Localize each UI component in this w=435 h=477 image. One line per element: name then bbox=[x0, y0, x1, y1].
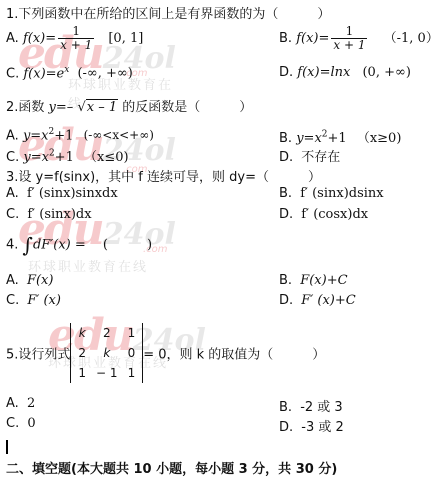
option-interval: [0, 1] bbox=[108, 31, 143, 46]
option-label: A. bbox=[6, 128, 19, 143]
option-text: -2 或 3 bbox=[300, 400, 343, 415]
option-func: f(x)= bbox=[23, 31, 56, 46]
option-text: f′ (sinx)dsinx bbox=[300, 186, 383, 201]
option-label: C. bbox=[6, 207, 19, 222]
option-label: D. bbox=[279, 207, 293, 222]
stem-text: = 0，则 k 的取值为（ ） bbox=[143, 348, 325, 363]
option-expr: y=x bbox=[296, 131, 322, 146]
option-label: C. bbox=[6, 293, 19, 308]
option-label: A. bbox=[6, 396, 19, 411]
option-sup: x bbox=[64, 65, 69, 75]
question-4-stem: 4. ∫dF′(x) = ( ) bbox=[6, 233, 152, 257]
option-func: f(x)= bbox=[296, 31, 329, 46]
sqrt-radicand: x – 1 bbox=[86, 99, 118, 115]
option-cond: (-∞<x<+∞) bbox=[84, 128, 154, 142]
option-label: C. bbox=[6, 416, 19, 431]
fraction: 1x + 1 bbox=[331, 25, 367, 52]
matrix-cell: − 1 bbox=[91, 363, 123, 383]
matrix-cell: 1 bbox=[73, 363, 91, 383]
option-label: B. bbox=[279, 400, 292, 415]
option-expr: y=x bbox=[23, 150, 49, 165]
determinant: k21 2k0 1− 11 bbox=[70, 323, 143, 383]
option-text: 0 bbox=[27, 416, 35, 431]
q5-option-a[interactable]: A. 2 bbox=[6, 396, 35, 411]
numerator: 1 bbox=[72, 25, 80, 38]
matrix-cell: 0 bbox=[123, 343, 141, 363]
option-label: B. bbox=[279, 186, 292, 201]
q4-option-d[interactable]: D. F′ (x)+C bbox=[279, 293, 356, 308]
stem-var: y bbox=[49, 100, 56, 115]
q1-option-a[interactable]: A. f(x)=1x + 1 [0, 1] bbox=[6, 25, 143, 52]
option-text: F(x) bbox=[27, 273, 54, 288]
option-label: D. bbox=[279, 293, 293, 308]
q2-option-a[interactable]: A. y=x2+1 (-∞<x<+∞) bbox=[6, 127, 154, 143]
matrix-cell: 2 bbox=[91, 323, 123, 343]
q1-option-b[interactable]: B. f(x)=1x + 1 （-1, 0） bbox=[279, 25, 435, 52]
option-text: F′ (x)+C bbox=[301, 293, 355, 308]
matrix-cell: 2 bbox=[73, 343, 91, 363]
option-cond: （x≥0) bbox=[357, 131, 402, 146]
question-3-stem: 3.设 y=f(sinx)，其中 f 连续可导，则 dy=（ ） bbox=[6, 166, 321, 185]
option-expr-rest: +1 bbox=[55, 150, 74, 165]
fraction: 1x + 1 bbox=[58, 25, 94, 52]
option-expr-rest: +1 bbox=[328, 131, 347, 146]
option-text: -3 或 2 bbox=[301, 420, 344, 435]
stem-text: ( ) bbox=[86, 238, 152, 253]
q3-option-b[interactable]: B. f′ (sinx)dsinx bbox=[279, 186, 384, 201]
q5-option-c[interactable]: C. 0 bbox=[6, 416, 36, 431]
stem-text: 2.函数 bbox=[6, 100, 49, 115]
q5-option-b[interactable]: B. -2 或 3 bbox=[279, 396, 343, 415]
stem-text: 的反函数是（ ） bbox=[118, 100, 252, 115]
question-5-stem: 5.设行列式 k21 2k0 1− 11 = 0，则 k 的取值为（ ） bbox=[6, 323, 325, 383]
option-label: B. bbox=[279, 273, 292, 288]
option-text: f′ (sinx)sinxdx bbox=[27, 186, 118, 201]
q4-option-b[interactable]: B. F(x)+C bbox=[279, 273, 348, 288]
q2-option-d[interactable]: D. 不存在 bbox=[279, 146, 340, 165]
option-text: 2 bbox=[27, 396, 35, 411]
determinant-matrix: k21 2k0 1− 11 bbox=[73, 323, 140, 383]
option-label: B. bbox=[279, 131, 292, 146]
option-func: f(x)=lnx bbox=[297, 65, 350, 80]
stem-number: 4. bbox=[6, 238, 23, 253]
option-label: A. bbox=[6, 31, 19, 46]
option-label: D. bbox=[279, 150, 293, 165]
matrix-cell: k bbox=[91, 343, 123, 363]
option-cond: （x≤0) bbox=[84, 150, 129, 165]
q4-option-c[interactable]: C. F′ (x) bbox=[6, 293, 61, 308]
q1-option-c[interactable]: C. f(x)=ex (-∞, +∞) bbox=[6, 65, 133, 81]
option-label: A. bbox=[6, 273, 19, 288]
option-interval: （-1, 0） bbox=[384, 31, 435, 46]
option-text: F′ (x) bbox=[27, 293, 61, 308]
text-cursor bbox=[6, 440, 8, 454]
stem-text: 5.设行列式 bbox=[6, 348, 70, 363]
q4-option-a[interactable]: A. F(x) bbox=[6, 273, 53, 288]
q2-option-c[interactable]: C. y=x2+1 （x≤0) bbox=[6, 146, 129, 165]
q3-option-c[interactable]: C. f′ (sinx)dx bbox=[6, 207, 92, 222]
option-text: F(x)+C bbox=[300, 273, 347, 288]
q3-option-a[interactable]: A. f′ (sinx)sinxdx bbox=[6, 186, 118, 201]
numerator: 1 bbox=[346, 25, 354, 38]
sqrt-sign: √ bbox=[77, 100, 85, 115]
option-label: D. bbox=[279, 65, 293, 80]
option-interval: (-∞, +∞) bbox=[77, 66, 132, 81]
matrix-cell: 1 bbox=[123, 323, 141, 343]
option-text: 不存在 bbox=[301, 150, 340, 165]
matrix-cell: 1 bbox=[123, 363, 141, 383]
q2-option-b[interactable]: B. y=x2+1 （x≥0) bbox=[279, 127, 401, 146]
question-2-stem: 2.函数 y=– √x – 1 的反函数是（ ） bbox=[6, 96, 252, 115]
section-title: 二、填空题(本大题共 10 小题，每小题 3 分，共 30 分) bbox=[6, 458, 337, 477]
option-label: C. bbox=[6, 66, 19, 81]
q5-option-d[interactable]: D. -3 或 2 bbox=[279, 416, 344, 435]
integral-sign: ∫ bbox=[23, 233, 33, 257]
denominator: x + 1 bbox=[331, 38, 367, 52]
stem-expr: dF′(x) = bbox=[33, 238, 86, 253]
option-label: B. bbox=[279, 31, 292, 46]
option-label: D. bbox=[279, 420, 293, 435]
q1-option-d[interactable]: D. f(x)=lnx (0, +∞) bbox=[279, 65, 411, 80]
option-label: C. bbox=[6, 150, 19, 165]
stem-eq: =– bbox=[56, 100, 78, 115]
question-1-stem: 1.下列函数中在所给的区间上是有界函数的为（ ） bbox=[6, 3, 330, 22]
matrix-cell: k bbox=[73, 323, 91, 343]
option-func: f(x)=e bbox=[23, 66, 64, 81]
option-interval: (0, +∞) bbox=[362, 65, 410, 80]
option-label: A. bbox=[6, 186, 19, 201]
denominator: x + 1 bbox=[58, 38, 94, 52]
option-expr: y=x bbox=[23, 128, 49, 143]
option-text: f′ (cosx)dx bbox=[301, 207, 368, 222]
q3-option-d[interactable]: D. f′ (cosx)dx bbox=[279, 207, 368, 222]
option-text: f′ (sinx)dx bbox=[27, 207, 91, 222]
option-expr-rest: +1 bbox=[54, 128, 73, 143]
